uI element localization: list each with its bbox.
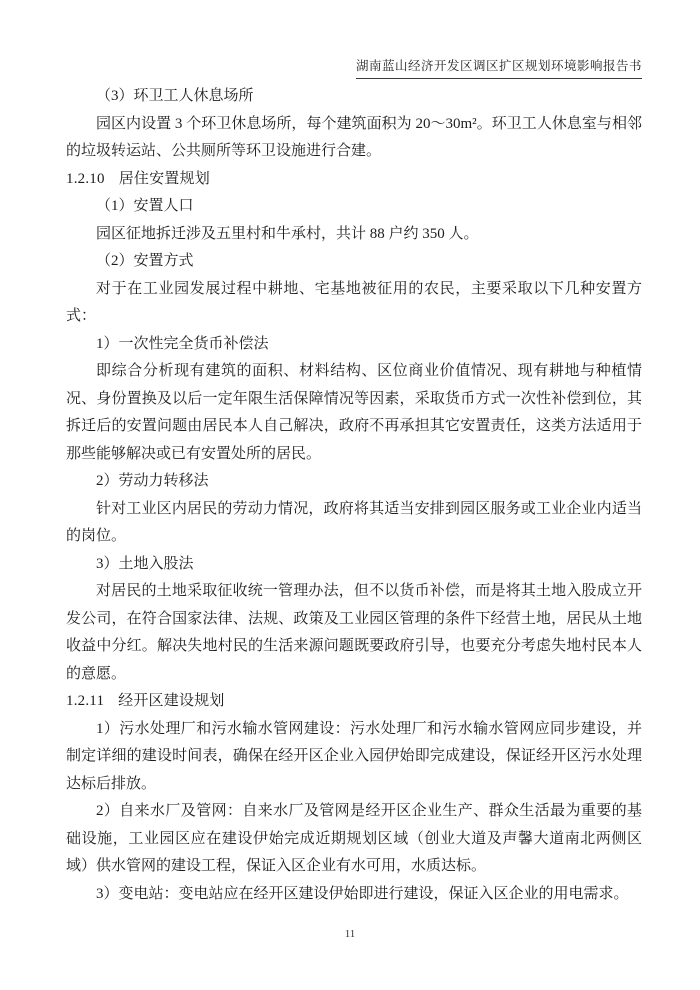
subheading: （2）安置方式: [66, 248, 642, 276]
paragraph: 1）污水处理厂和污水输水管网建设：污水处理厂和污水输水管网应同步建设，并制定详细…: [66, 716, 642, 799]
section-number: 1.2.10: [66, 166, 105, 194]
section-title: 经开区建设规划: [118, 693, 224, 709]
subheading: 1）一次性完全货币补偿法: [66, 331, 642, 359]
paragraph: 针对工业区内居民的劳动力情况，政府将其适当安排到园区服务或工业企业内适当的岗位。: [66, 496, 642, 551]
document-body: （3）环卫工人休息场所 园区内设置 3 个环卫休息场所，每个建筑面积为 20～3…: [66, 83, 642, 908]
header-title: 湖南蓝山经济开发区调区扩区规划环境影响报告书: [356, 56, 642, 79]
paragraph: 对居民的土地采取征收统一管理办法，但不以货币补偿，而是将其土地入股成立开发公司，…: [66, 578, 642, 688]
document-page: 湖南蓝山经济开发区调区扩区规划环境影响报告书 （3）环卫工人休息场所 园区内设置…: [0, 0, 700, 990]
section-heading: 1.2.10居住安置规划: [66, 166, 642, 194]
paragraph: 对于在工业园发展过程中耕地、宅基地被征用的农民，主要采取以下几种安置方式：: [66, 276, 642, 331]
section-heading: 1.2.11经开区建设规划: [66, 688, 642, 716]
subheading: （1）安置人口: [66, 193, 642, 221]
section-title: 居住安置规划: [119, 171, 210, 187]
page-number: 11: [0, 928, 700, 940]
section-number: 1.2.11: [66, 688, 104, 716]
paragraph: 2）自来水厂及管网：自来水厂及管网是经开区企业生产、群众生活最为重要的基础设施，…: [66, 798, 642, 881]
paragraph: 即综合分析现有建筑的面积、材料结构、区位商业价值情况、现有耕地与种植情况、身份置…: [66, 358, 642, 468]
subheading: 3）土地入股法: [66, 551, 642, 579]
paragraph: 3）变电站：变电站应在经开区建设伊始即进行建设，保证入区企业的用电需求。: [66, 881, 642, 909]
subheading: 2）劳动力转移法: [66, 468, 642, 496]
paragraph: 园区征地拆迁涉及五里村和牛承村，共计 88 户约 350 人。: [66, 221, 642, 249]
paragraph: 园区内设置 3 个环卫休息场所，每个建筑面积为 20～30m²。环卫工人休息室与…: [66, 111, 642, 166]
subheading: （3）环卫工人休息场所: [66, 83, 642, 111]
page-header: 湖南蓝山经济开发区调区扩区规划环境影响报告书: [66, 56, 642, 79]
